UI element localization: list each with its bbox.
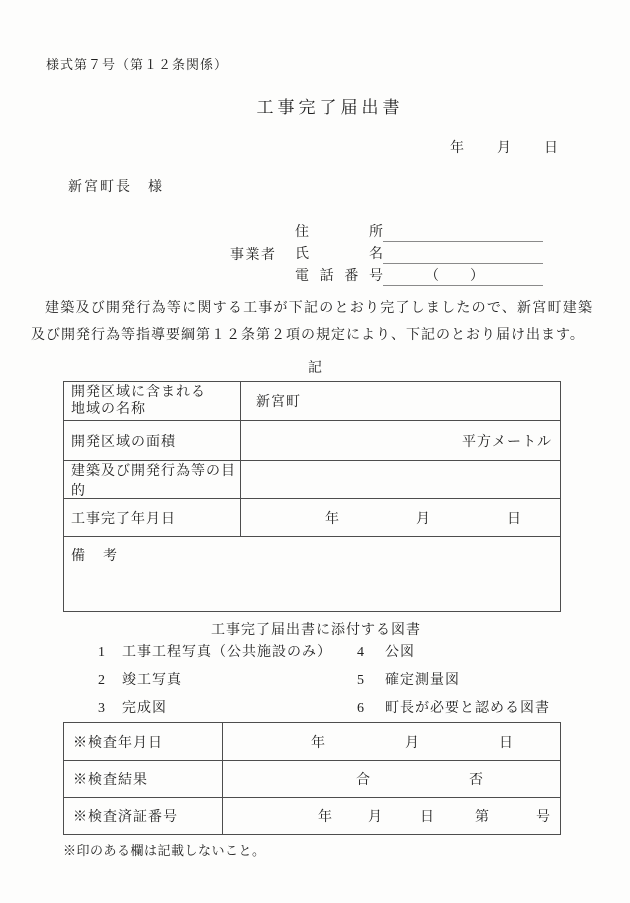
address-row: 住 所 <box>230 220 543 242</box>
certificate-number-row: ※検査済証番号 年 月 日 第 号 <box>64 797 560 834</box>
completion-date-label: 工事完了年月日 <box>64 499 241 536</box>
form-page: 様式第７号（第１２条関係） 工事完了届出書 年 月 日 新宮町長 様 住 所 事… <box>0 0 630 903</box>
table-row-region-name: 開発区域に含まれる 地域の名称 新宮町 <box>64 382 560 420</box>
phone-paren: （ ） <box>425 265 485 285</box>
list-item: 4 公図 <box>357 645 550 660</box>
table-row-completion-date: 工事完了年月日 年 月 日 <box>64 498 560 536</box>
main-table: 開発区域に含まれる 地域の名称 新宮町 開発区域の面積 平方メートル 建築及び開… <box>63 381 561 612</box>
attachments-right-column: 4 公図 5 確定測量図 6 町長が必要と認める図書 <box>357 645 550 729</box>
phone-label: 電 話 番 号 <box>295 265 383 286</box>
area-label: 開発区域の面積 <box>64 421 241 460</box>
ki-heading: 記 <box>0 357 630 377</box>
addressee: 新宮町長 様 <box>68 176 164 196</box>
purpose-value <box>241 461 560 498</box>
applicant-group-label: 事業者 <box>230 244 295 264</box>
area-unit: 平方メートル <box>241 421 560 460</box>
body-paragraph: 建築及び開発行為等に関する工事が下記のとおり完了しましたので、新宮町建築及び開発… <box>31 295 593 349</box>
address-label: 住 所 <box>295 221 383 242</box>
inspection-date-value: 年 月 日 <box>223 723 560 760</box>
name-row: 事業者 氏 名 <box>230 242 543 264</box>
date-year-label: 年 <box>450 137 464 157</box>
list-item: 5 確定測量図 <box>357 673 550 688</box>
form-number: 様式第７号（第１２条関係） <box>46 54 228 73</box>
date-month-label: 月 <box>497 137 511 157</box>
phone-blank-line: （ ） <box>383 266 543 286</box>
date-line: 年 月 日 <box>450 137 558 157</box>
region-name-value: 新宮町 <box>241 382 560 420</box>
date-day-label: 日 <box>544 137 558 157</box>
list-item: 6 町長が必要と認める図書 <box>357 701 550 716</box>
list-item: 1 工事工程写真（公共施設のみ） <box>98 645 332 660</box>
inspection-date-row: ※検査年月日 年 月 日 <box>64 723 560 760</box>
table-row-area: 開発区域の面積 平方メートル <box>64 420 560 460</box>
purpose-label: 建築及び開発行為等の目的 <box>64 461 241 498</box>
certificate-number-label: ※検査済証番号 <box>64 798 223 834</box>
list-item: 3 完成図 <box>98 701 332 716</box>
inspection-result-label: ※検査結果 <box>64 761 223 797</box>
footnote: ※印のある欄は記載しないこと。 <box>63 840 266 859</box>
region-name-label: 開発区域に含まれる 地域の名称 <box>64 382 241 420</box>
phone-row: 電 話 番 号 （ ） <box>230 264 543 286</box>
list-item: 2 竣工写真 <box>98 673 332 688</box>
name-label: 氏 名 <box>295 243 383 264</box>
form-title: 工事完了届出書 <box>0 93 630 118</box>
completion-date-value: 年 月 日 <box>241 499 560 536</box>
applicant-block: 住 所 事業者 氏 名 電 話 番 号 （ ） <box>230 220 543 286</box>
address-blank-line <box>383 222 543 242</box>
inspection-table: ※検査年月日 年 月 日 ※検査結果 合 否 ※検査済証番号 年 月 日 第 号 <box>63 722 561 835</box>
attachments-left-column: 1 工事工程写真（公共施設のみ） 2 竣工写真 3 完成図 <box>98 645 332 729</box>
name-blank-line <box>383 244 543 264</box>
attachments-title: 工事完了届出書に添付する図書 <box>211 619 421 639</box>
certificate-number-value: 年 月 日 第 号 <box>223 798 560 834</box>
inspection-result-row: ※検査結果 合 否 <box>64 760 560 797</box>
remarks-label: 備 考 <box>64 537 560 611</box>
table-row-purpose: 建築及び開発行為等の目的 <box>64 460 560 498</box>
inspection-date-label: ※検査年月日 <box>64 723 223 760</box>
inspection-result-value: 合 否 <box>223 761 560 797</box>
table-row-remarks: 備 考 <box>64 536 560 611</box>
